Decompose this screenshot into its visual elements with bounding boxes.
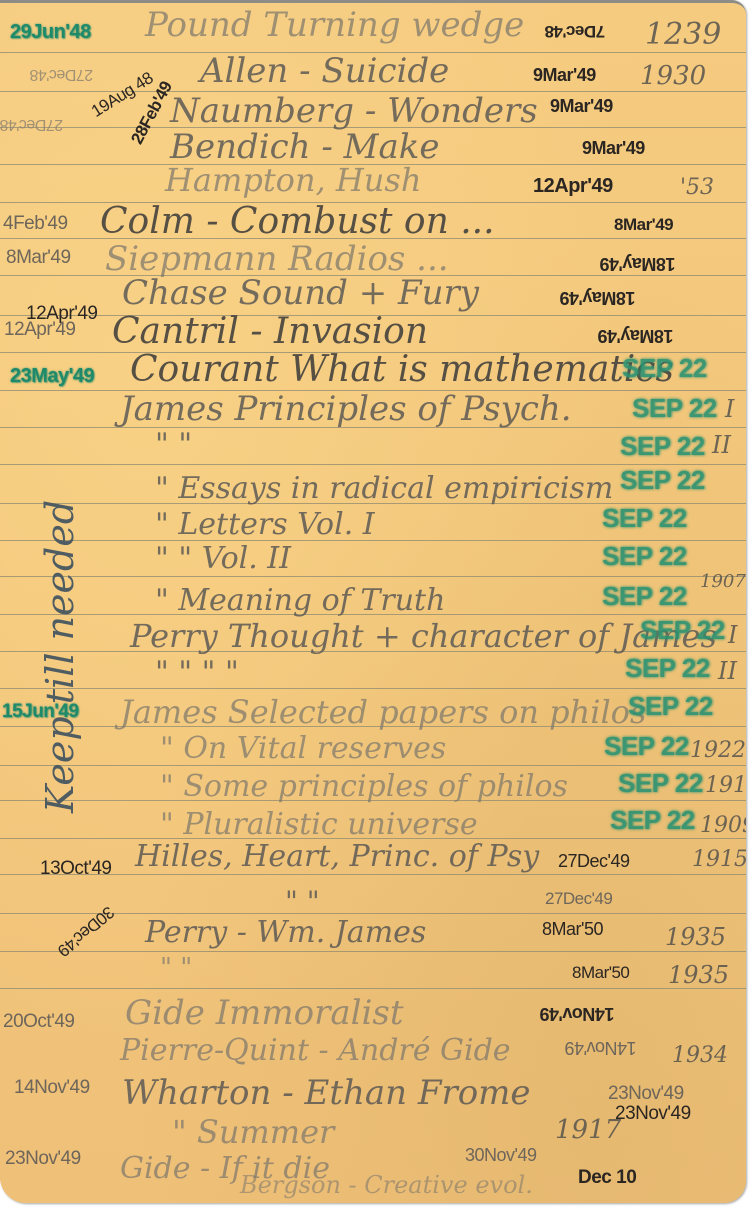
entry-title: Colm - Combust on ... (100, 201, 495, 242)
entry-title: Gide Immoralist (125, 993, 404, 1033)
sep-22-stamp: SEP 22 (628, 691, 713, 722)
entry-title: Perry - Wm. James (145, 915, 426, 950)
entry-number: 1935 (665, 923, 726, 951)
entry-number: '53 (680, 175, 714, 200)
date-stamp: 9Mar'49 (550, 96, 613, 117)
entry-number: 1909 (700, 813, 746, 838)
date-stamp: 18May'49 (600, 253, 675, 274)
date-stamp: 23Nov'49 (615, 1103, 691, 1125)
entry-number: 1930 (640, 61, 706, 91)
entry-title: Pound Turning wedge (145, 5, 524, 45)
entry-title: Wharton - Ethan Frome (122, 1073, 531, 1113)
date-stamp: 29Jun'48 (10, 21, 91, 44)
entry-number: 1239 (645, 17, 721, 52)
date-stamp: 27Dec'48 (0, 115, 63, 133)
entry-title: " On Vital reserves (160, 731, 446, 766)
date-stamp: 30Nov'49 (465, 1145, 537, 1166)
rule-line (0, 951, 746, 952)
entry-number: 1915 (692, 847, 746, 872)
date-stamp: 8Mar'50 (572, 963, 629, 983)
entry-title: Naumberg - Wonders (170, 91, 538, 131)
entry-title: Courant What is mathematics (130, 349, 674, 390)
date-stamp: 9Mar'49 (582, 138, 645, 159)
entry-title: Hampton, Hush (165, 161, 421, 199)
entry-title: " Summer (172, 1113, 334, 1151)
date-stamp: 9Mar'49 (533, 65, 596, 86)
entry-title: " " (160, 953, 192, 983)
entry-title: Perry Thought + character of James (130, 617, 717, 655)
sep-22-stamp: SEP 22 (620, 465, 705, 496)
date-stamp: 12Apr'49 (533, 175, 613, 198)
entry-title: James Selected papers on philos (120, 693, 646, 731)
sep-22-stamp: SEP 22 (620, 431, 705, 462)
date-stamp: 20Oct'49 (3, 1011, 74, 1033)
date-stamp: 14Nov'49 (14, 1077, 90, 1099)
date-stamp: 13Oct'49 (40, 858, 111, 880)
date-stamp: 7Dec'48 (545, 21, 605, 41)
volume-number: I (725, 395, 734, 423)
sep-22-stamp: SEP 22 (618, 768, 703, 799)
library-card: 29Jun'48 27Dec'48 19Aug 48 27Dec'48 28Fe… (0, 0, 746, 1203)
volume-number: II (718, 657, 737, 685)
sep-22-stamp: SEP 22 (610, 805, 695, 836)
entry-title: " Letters Vol. I (155, 507, 375, 542)
date-stamp: 8Mar'49 (6, 247, 71, 269)
rule-line (0, 988, 746, 989)
sep-22-stamp: SEP 22 (602, 503, 687, 534)
sep-22-stamp: SEP 22 (640, 615, 725, 646)
date-stamp: 12Apr'49 (4, 319, 75, 341)
entry-title: Allen - Suicide (200, 51, 449, 91)
entry-title: " Essays in radical empiricism (155, 471, 613, 506)
entry-title: Cantril - Invasion (112, 311, 428, 352)
entry-number: 1907 (700, 571, 746, 592)
entry-number: 1935 (668, 961, 729, 989)
date-stamp: 27Dec'49 (545, 889, 612, 909)
date-stamp: 4Feb'49 (3, 213, 68, 235)
date-stamp: 8Mar'50 (542, 919, 603, 940)
entry-title: " " (155, 427, 192, 462)
date-stamp: Dec 10 (578, 1167, 636, 1189)
entry-title: " Some principles of philos (160, 769, 568, 804)
volume-number: II (712, 431, 731, 459)
entry-title: " " " " (155, 655, 239, 690)
vertical-handwritten-note: Keep till needed (38, 500, 82, 813)
entry-title: Bergson - Creative evol. (240, 1171, 533, 1199)
volume-number: I (728, 621, 737, 649)
date-stamp: 14Nov'49 (540, 1003, 614, 1024)
date-stamp: 27Dec'49 (558, 851, 630, 872)
sep-22-stamp: SEP 22 (602, 541, 687, 572)
entry-title: " " Vol. II (155, 541, 291, 576)
sep-22-stamp: SEP 22 (625, 653, 710, 684)
entry-number: 1917 (555, 1115, 621, 1145)
sep-22-stamp: SEP 22 (602, 581, 687, 612)
date-stamp: 18May'49 (598, 325, 673, 346)
entry-title: " " (285, 885, 320, 918)
rule-line (0, 874, 746, 875)
entry-title: Pierre-Quint - André Gide (120, 1033, 511, 1068)
entry-title: " Pluralistic universe (160, 807, 478, 842)
date-stamp: 27Dec'48 (30, 65, 93, 83)
date-stamp: 23May'49 (10, 365, 94, 388)
date-stamp: 18May'49 (560, 287, 635, 308)
entry-title: James Principles of Psych. (120, 389, 572, 429)
entry-title: Chase Sound + Fury (122, 273, 479, 313)
date-stamp: 23Nov'49 (5, 1148, 81, 1170)
date-stamp: 14Nov'49 (565, 1037, 637, 1058)
sep-22-stamp: SEP 22 (632, 393, 717, 424)
entry-number: 1911 (705, 773, 746, 798)
entry-title: " Meaning of Truth (155, 583, 445, 618)
date-stamp: 8Mar'49 (614, 215, 673, 235)
entry-title: Hilles, Heart, Princ. of Psy (135, 839, 539, 874)
rule-line (0, 688, 746, 689)
date-stamp: 23Nov'49 (608, 1083, 684, 1105)
sep-22-stamp: SEP 22 (622, 353, 707, 384)
sep-22-stamp: SEP 22 (604, 731, 689, 762)
rule-line (0, 576, 746, 577)
entry-number: 1934 (672, 1043, 728, 1068)
entry-number: 1922 (690, 738, 746, 763)
